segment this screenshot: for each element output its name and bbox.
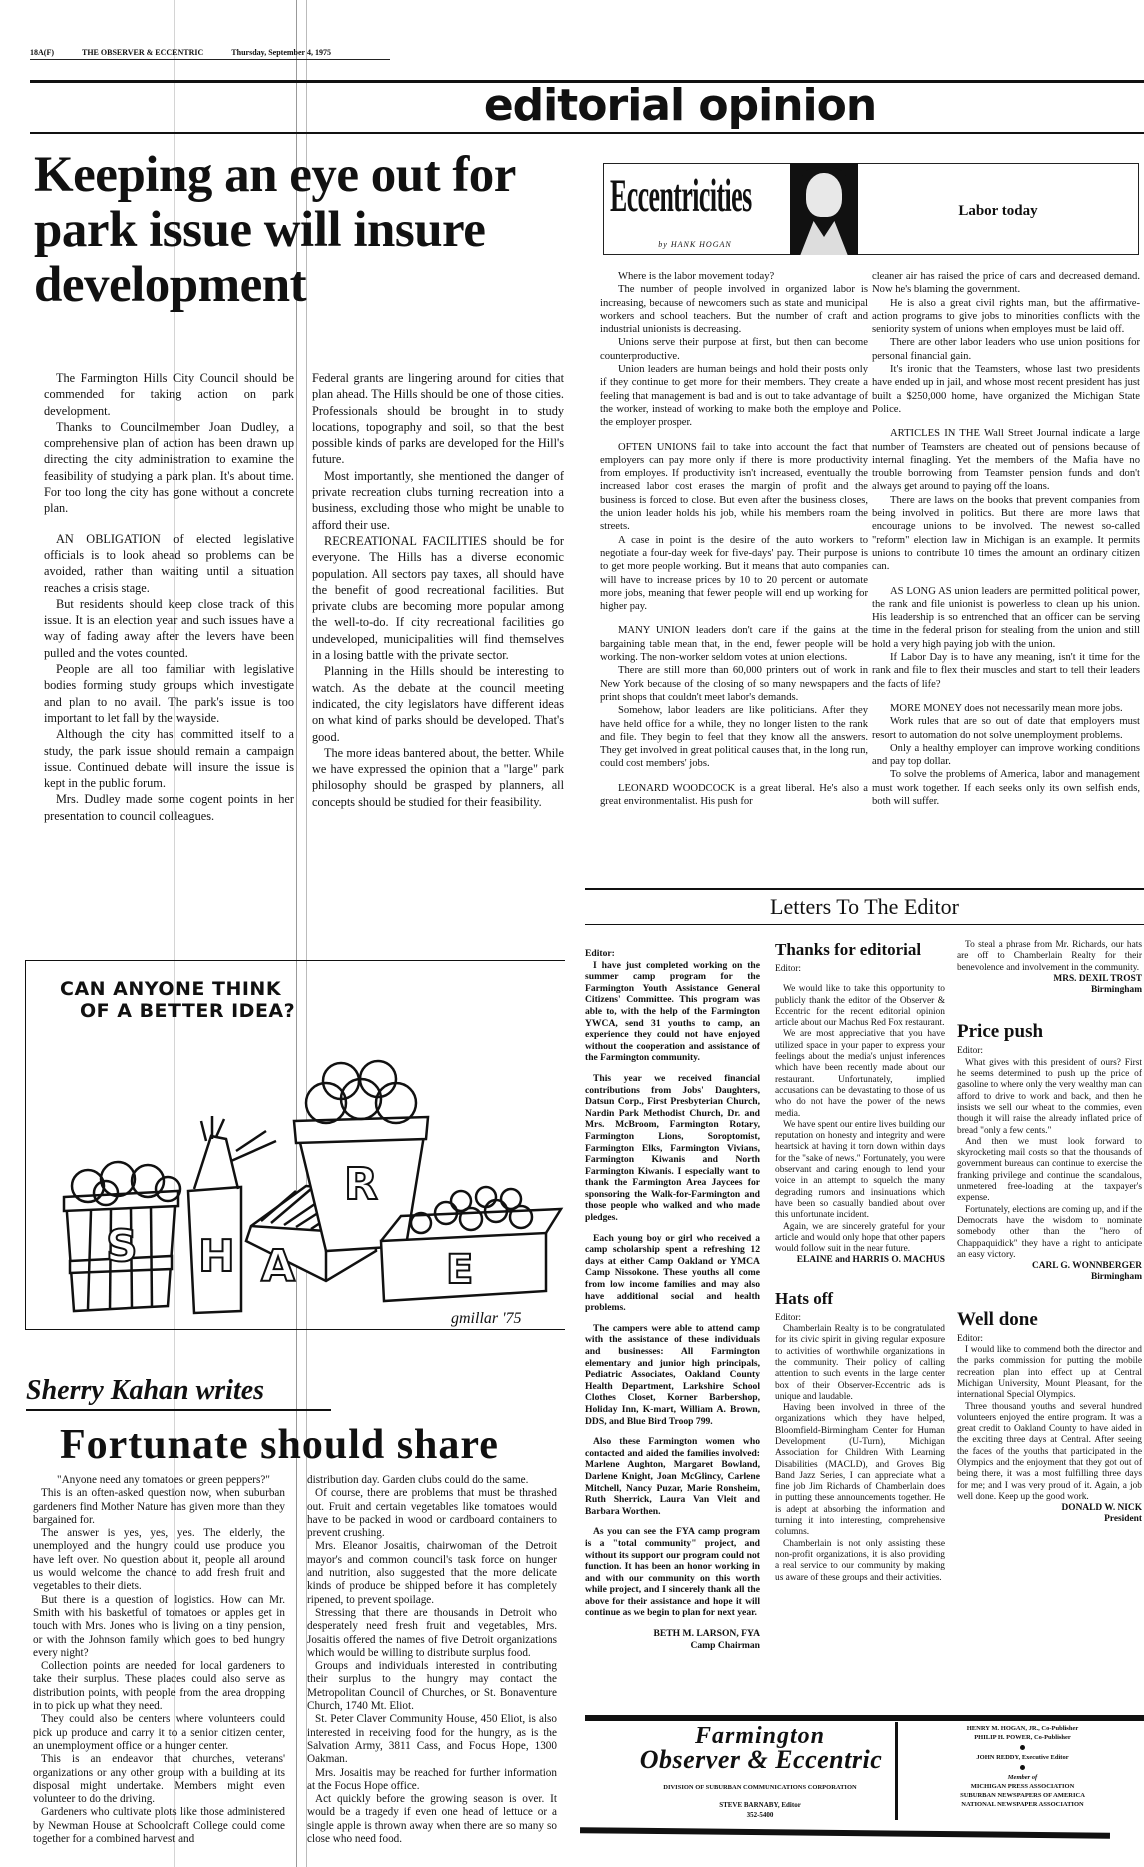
letter-headline: Well done <box>957 1310 1142 1330</box>
letter-salutation: Editor: <box>775 964 945 975</box>
issue-date: Thursday, September 4, 1975 <box>231 48 331 57</box>
paragraph: He is also a great civil rights man, but… <box>872 297 1140 337</box>
paragraph: AN OBLIGATION of elected legislative off… <box>44 531 294 596</box>
paragraph: Somehow, labor leaders are like politici… <box>600 704 868 770</box>
paragraph: Planning in the Hills should be interest… <box>312 663 564 744</box>
letter-s: S <box>106 1221 138 1272</box>
sherry-column-2: distribution day. Garden clubs could do … <box>307 1474 557 1846</box>
paragraph: We have spent our entire lives building … <box>775 1120 945 1222</box>
paragraph: distribution day. Garden clubs could do … <box>307 1474 557 1487</box>
paragraph: cleaner air has raised the price of cars… <box>872 270 1140 297</box>
paragraph: They could also be centers where volunte… <box>33 1713 285 1753</box>
masthead-name-line-2: Observer & Eccentric <box>596 1746 926 1774</box>
letter-h: H <box>198 1231 235 1282</box>
sherry-column-1: "Anyone need any tomatoes or green peppe… <box>33 1474 285 1846</box>
paragraph: Mrs. Josaitis may be reached for further… <box>307 1767 557 1794</box>
paragraph: The campers were able to attend camp wit… <box>585 1323 760 1427</box>
paragraph: This year we received financial contribu… <box>585 1073 760 1224</box>
paragraph: Fortunately, elections are coming up, an… <box>957 1205 1142 1261</box>
photo-collar <box>798 221 850 255</box>
photo-face <box>806 173 842 217</box>
page-number: 18A(F) <box>30 48 54 57</box>
paragraph: It's ironic that the Teamsters, whose la… <box>872 363 1140 416</box>
letter-camp-program: Editor: I have just completed working on… <box>585 948 760 1651</box>
member-of-label: Member of <box>1008 1774 1037 1781</box>
editorial-headline: Keeping an eye out for park issue will i… <box>34 148 554 313</box>
paragraph: RECREATIONAL FACILITIES should be for ev… <box>312 533 564 663</box>
byline: by HANK HOGAN <box>605 240 785 249</box>
paper-name: THE OBSERVER & ECCENTRIC <box>82 48 203 57</box>
masthead-staff: HENRY M. HOGAN, JR., Co-Publisher PHILIP… <box>905 1724 1140 1809</box>
paragraph: Groups and individuals interested in con… <box>307 1660 557 1713</box>
paragraph: Federal grants are lingering around for … <box>312 370 564 468</box>
cartoonist-signature: gmillar '75 <box>451 1310 522 1327</box>
paragraph: OFTEN UNIONS fail to take into account t… <box>600 441 868 534</box>
paragraph: As you can see the FYA camp program is a… <box>585 1526 760 1619</box>
cartoon-caption: CAN ANYONE THINK OF A BETTER IDEA? <box>60 978 360 1022</box>
section-title: editorial opinion <box>400 82 960 130</box>
paragraph: The more ideas bantered about, the bette… <box>312 745 564 810</box>
labor-column-1: Where is the labor movement today? The n… <box>600 270 868 808</box>
paragraph: Having been involved in three of the org… <box>775 1403 945 1539</box>
paragraph: There are still more than 60,000 printer… <box>600 664 868 704</box>
paragraph: Chamberlain Realty is to be congratulate… <box>775 1324 945 1403</box>
editor-name: STEVE BARNABY, Editor <box>610 1800 910 1810</box>
caption-line-2: OF A BETTER IDEA? <box>60 1000 360 1022</box>
letter-salutation: Editor: <box>585 948 760 960</box>
paragraph: Collection points are needed for local g… <box>33 1660 285 1713</box>
masthead-division: DIVISION OF SUBURBAN COMMUNICATIONS CORP… <box>610 1784 910 1791</box>
paragraph: Each young boy or girl who received a ca… <box>585 1233 760 1314</box>
paragraph: This is an often-asked question now, whe… <box>33 1487 285 1527</box>
masthead-divider <box>895 1722 898 1820</box>
labor-column-2: cleaner air has raised the price of cars… <box>872 270 1140 808</box>
paragraph: MORE MONEY does not necessarily mean mor… <box>872 702 1140 715</box>
letter-headline: Hats off <box>775 1289 945 1309</box>
paragraph: Of course, there are problems that must … <box>307 1487 557 1540</box>
paragraph: We would like to take this opportunity t… <box>775 984 945 1029</box>
letter-location: Birmingham <box>957 1272 1142 1283</box>
association: SUBURBAN NEWSPAPERS OF AMERICA <box>905 1791 1140 1800</box>
association: MICHIGAN PRESS ASSOCIATION <box>905 1782 1140 1791</box>
letter-signature: MRS. DEXIL TROST <box>957 974 1142 985</box>
letter-salutation: Editor: <box>957 1334 1142 1345</box>
masthead-rule-top <box>585 1715 1144 1721</box>
association: NATIONAL NEWSPAPER ASSOCIATION <box>905 1800 1140 1809</box>
paragraph: If Labor Day is to have any meaning, isn… <box>872 651 1140 691</box>
paragraph: Where is the labor movement today? <box>600 270 868 283</box>
paragraph: To steal a phrase from Mr. Richards, our… <box>957 940 1142 974</box>
letter-salutation: Editor: <box>775 1313 945 1324</box>
paragraph: The Farmington Hills City Council should… <box>44 370 294 419</box>
letter-signature: ELAINE and HARRIS O. MACHUS <box>775 1255 945 1266</box>
paragraph: "Anyone need any tomatoes or green peppe… <box>33 1474 285 1487</box>
paragraph: We are most appreciative that you have u… <box>775 1029 945 1119</box>
paragraph: Only a healthy employer can improve work… <box>872 742 1140 769</box>
letter-signature: BETH M. LARSON, FYA <box>585 1628 760 1640</box>
paragraph: Act quickly before the growing season is… <box>307 1793 557 1846</box>
letter-signer-title: President <box>957 1514 1142 1525</box>
column-kicker: Sherry Kahan writes <box>26 1373 331 1411</box>
column-label: Labor today <box>878 203 1118 220</box>
paragraph: And then we must look forward to skyrock… <box>957 1137 1142 1205</box>
paragraph: ARTICLES IN THE Wall Street Journal indi… <box>872 427 1140 493</box>
letter-e: E <box>446 1247 473 1293</box>
paragraph: But there is a question of logistics. Ho… <box>33 1594 285 1660</box>
paragraph: There are other labor leaders who use un… <box>872 336 1140 363</box>
editorial-column-2: Federal grants are lingering around for … <box>312 370 564 810</box>
paragraph: To solve the problems of America, labor … <box>872 768 1140 808</box>
paragraph: But residents should keep close track of… <box>44 596 294 661</box>
letters-column-2: Thanks for editorial Editor: We would li… <box>775 940 945 1584</box>
letter-signature: DONALD W. NICK <box>957 1503 1142 1514</box>
paragraph: LEONARD WOODCOCK is a great liberal. He'… <box>600 782 868 809</box>
paragraph: AS LONG AS union leaders are permitted p… <box>872 585 1140 651</box>
caption-line-1: CAN ANYONE THINK <box>60 978 360 1000</box>
paragraph: Mrs. Dudley made some cogent points in h… <box>44 791 294 824</box>
letter-headline: Thanks for editorial <box>775 940 945 960</box>
paragraph: Mrs. Eleanor Josaitis, chairwoman of the… <box>307 1540 557 1606</box>
masthead-editor: STEVE BARNABY, Editor 352-5400 <box>610 1800 910 1820</box>
bullet-icon <box>1020 1745 1025 1750</box>
phone-number: 352-5400 <box>610 1810 910 1820</box>
paragraph: A case in point is the desire of the aut… <box>600 534 868 614</box>
masthead-rule-bottom <box>580 1827 1110 1839</box>
letters-banner: Letters To The Editor <box>585 888 1144 925</box>
editorial-column-1: The Farmington Hills City Council should… <box>44 370 294 824</box>
paragraph: Chamberlain is not only assisting these … <box>775 1539 945 1584</box>
letter-a: A <box>261 1241 295 1292</box>
paragraph: Gardeners who cultivate plots like those… <box>33 1806 285 1846</box>
letter-r: R <box>344 1159 378 1210</box>
columnist-photo <box>790 163 858 255</box>
paragraph: Unions serve their purpose at first, but… <box>600 336 868 363</box>
paragraph: Work rules that are so out of date that … <box>872 715 1140 742</box>
page-folio: 18A(F) THE OBSERVER & ECCENTRIC Thursday… <box>30 48 390 60</box>
bullet-icon <box>1020 1765 1025 1770</box>
paragraph: I would like to commend both the directo… <box>957 1345 1142 1401</box>
letter-headline: Price push <box>957 1022 1142 1042</box>
letter-location: Birmingham <box>957 985 1142 996</box>
paragraph: People are all too familiar with legisla… <box>44 661 294 726</box>
letter-signer-title: Camp Chairman <box>585 1640 760 1652</box>
paragraph: Union leaders are human beings and hold … <box>600 363 868 429</box>
paragraph: Stressing that there are thousands in De… <box>307 1607 557 1660</box>
paragraph: I have just completed working on the sum… <box>585 960 760 1064</box>
paragraph: St. Peter Claver Community House, 450 El… <box>307 1713 557 1766</box>
paragraph: This is an endeavor that churches, veter… <box>33 1753 285 1806</box>
letter-salutation: Editor: <box>957 1046 1142 1057</box>
paragraph: The number of people involved in organiz… <box>600 283 868 336</box>
copublisher: HENRY M. HOGAN, JR., Co-Publisher <box>905 1724 1140 1733</box>
column-headline: Fortunate should share <box>60 1420 560 1470</box>
paragraph: Thanks to Councilmember Joan Dudley, a c… <box>44 419 294 517</box>
letter-signature: CARL G. WONNBERGER <box>957 1261 1142 1272</box>
paragraph: Most importantly, she mentioned the dang… <box>312 468 564 533</box>
paragraph: There are laws on the books that prevent… <box>872 494 1140 574</box>
header-rule-bottom <box>30 132 1144 134</box>
paragraph: The answer is yes, yes, yes. The elderly… <box>33 1527 285 1593</box>
eccentricities-title: Eccentricities <box>610 166 708 226</box>
letters-column-3: To steal a phrase from Mr. Richards, our… <box>957 940 1142 1526</box>
paragraph: What gives with this president of ours? … <box>957 1058 1142 1137</box>
paragraph: Three thousand youths and several hundre… <box>957 1402 1142 1504</box>
paragraph: Again, we are sincerely grateful for you… <box>775 1222 945 1256</box>
executive-editor: JOHN REDDY, Executive Editor <box>905 1753 1140 1762</box>
paragraph: Although the city has committed itself t… <box>44 726 294 791</box>
paragraph: Also these Farmington women who contacte… <box>585 1436 760 1517</box>
copublisher: PHILIP H. POWER, Co-Publisher <box>905 1733 1140 1742</box>
paragraph: MANY UNION leaders don't care if the gai… <box>600 624 868 664</box>
